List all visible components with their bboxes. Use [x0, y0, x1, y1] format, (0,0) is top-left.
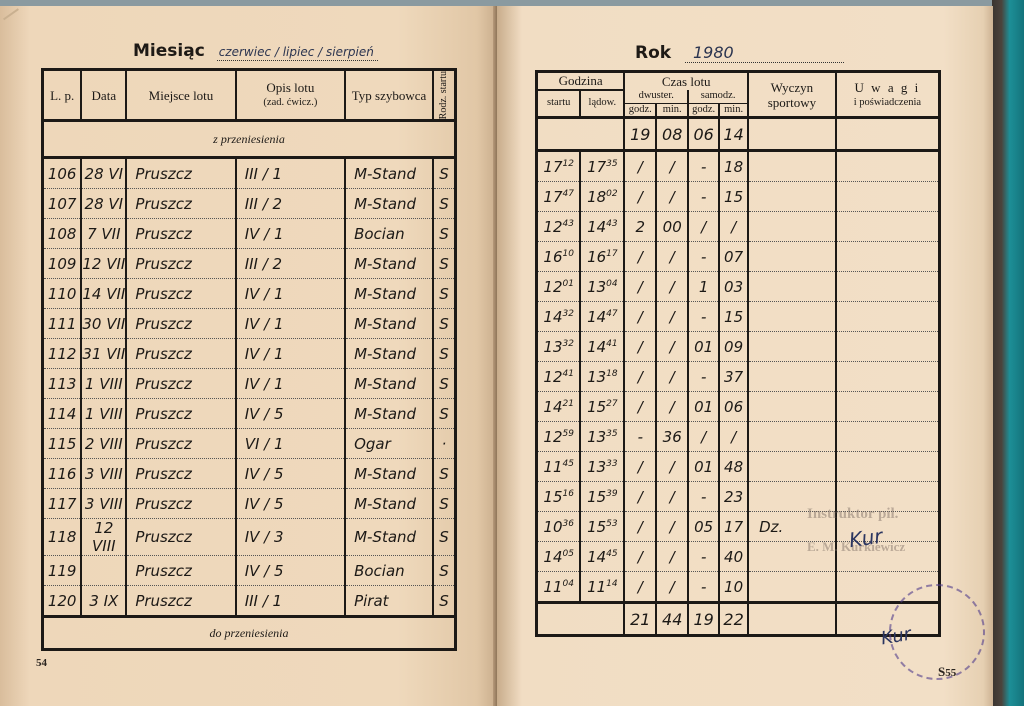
- cell-start-time: 1332: [537, 332, 581, 362]
- cell-start-type: S: [433, 189, 456, 219]
- cell-landing-time-hours: 15: [587, 518, 606, 536]
- cell-start-type: S: [433, 279, 456, 309]
- cell-start-type: S: [433, 556, 456, 586]
- cell-landing-time-minutes: 35: [606, 429, 617, 439]
- cell-start-time-hours: 17: [543, 188, 562, 206]
- table-row: 10628 VIPruszczIII / 1M-StandS: [43, 158, 456, 189]
- cell-solo-minutes: 40: [719, 542, 748, 572]
- table-row: 119PruszczIV / 5BocianS: [43, 556, 456, 586]
- cell-landing-time: 1443: [580, 212, 624, 242]
- col-czas-lotu: Czas lotu: [624, 72, 748, 90]
- cell-lp: 108: [43, 219, 82, 249]
- cell-landing-time: 1447: [580, 302, 624, 332]
- carry-in-dw-godz: 19: [624, 118, 656, 151]
- cell-description: III / 1: [236, 158, 345, 189]
- cell-achievement: [748, 392, 836, 422]
- cell-landing-time: 1445: [580, 542, 624, 572]
- carry-in-sa-min: 14: [719, 118, 748, 151]
- cell-start-time: 1104: [537, 572, 581, 603]
- cell-solo-hours: -: [688, 572, 719, 603]
- cell-dual-minutes: /: [656, 572, 688, 603]
- cell-glider-type: Pirat: [345, 586, 433, 617]
- year-heading: Rok 1980: [635, 43, 844, 63]
- cell-dual-minutes: /: [656, 392, 688, 422]
- cell-remarks: [836, 362, 940, 392]
- book-edge: [992, 0, 1024, 706]
- cell-solo-minutes: /: [719, 212, 748, 242]
- table-row: 17471802//-15: [537, 182, 940, 212]
- cell-glider-type: Bocian: [345, 219, 433, 249]
- cell-remarks: [836, 332, 940, 362]
- cell-place: Pruszcz: [126, 249, 235, 279]
- carry-out-blank: [537, 603, 625, 636]
- cell-achievement: [748, 242, 836, 272]
- cell-start-type: S: [433, 586, 456, 617]
- cell-start-time-hours: 12: [543, 278, 562, 296]
- cell-start-time-hours: 11: [543, 578, 562, 596]
- cell-glider-type: Bocian: [345, 556, 433, 586]
- cell-start-time-minutes: 32: [563, 339, 574, 349]
- cell-lp: 119: [43, 556, 82, 586]
- cell-start-type: S: [433, 489, 456, 519]
- cell-start-time-minutes: 12: [563, 159, 574, 169]
- carry-in-totals-row: 19 08 06 14: [537, 118, 940, 151]
- cell-remarks: [836, 302, 940, 332]
- table-row: 1203 IXPruszczIII / 1PiratS: [43, 586, 456, 617]
- cell-glider-type: M-Stand: [345, 519, 433, 556]
- cell-description: IV / 5: [236, 459, 345, 489]
- cell-date: 28 VI: [81, 189, 126, 219]
- cell-achievement: [748, 332, 836, 362]
- cell-date: 12 VII: [81, 249, 126, 279]
- cell-place: Pruszcz: [126, 158, 235, 189]
- cell-description: IV / 1: [236, 339, 345, 369]
- table-row: 14211527//0106: [537, 392, 940, 422]
- cell-start-time-hours: 13: [543, 338, 562, 356]
- cell-description: IV / 1: [236, 309, 345, 339]
- cell-place: Pruszcz: [126, 556, 235, 586]
- col-ladow: lądow.: [580, 90, 624, 118]
- cell-dual-minutes: /: [656, 362, 688, 392]
- cell-landing-time: 1114: [580, 572, 624, 603]
- cell-place: Pruszcz: [126, 369, 235, 399]
- col-wyczyn: Wyczyn sportowy: [748, 72, 836, 118]
- table-row: 11130 VIIPruszczIV / 1M-StandS: [43, 309, 456, 339]
- cell-start-time-hours: 16: [543, 248, 562, 266]
- cell-description: IV / 1: [236, 369, 345, 399]
- carry-in-sa-godz: 06: [688, 118, 719, 151]
- cell-solo-hours: -: [688, 242, 719, 272]
- cell-landing-time-hours: 11: [587, 578, 606, 596]
- cell-dual-hours: /: [624, 542, 656, 572]
- cell-dual-minutes: /: [656, 302, 688, 332]
- cell-remarks: [836, 422, 940, 452]
- cell-lp: 110: [43, 279, 82, 309]
- cell-solo-minutes: 07: [719, 242, 748, 272]
- cell-start-time-minutes: 47: [563, 189, 574, 199]
- cell-dual-hours: /: [624, 151, 656, 182]
- carry-out-wyczyn: [748, 603, 836, 636]
- cell-dual-minutes: /: [656, 512, 688, 542]
- cell-dual-minutes: /: [656, 182, 688, 212]
- table-row: 10728 VIPruszczIII / 2M-StandS: [43, 189, 456, 219]
- cell-start-time-minutes: 21: [563, 399, 574, 409]
- table-row: 1163 VIIIPruszczIV / 5M-StandS: [43, 459, 456, 489]
- cell-description: IV / 1: [236, 219, 345, 249]
- cell-landing-time-hours: 14: [587, 338, 606, 356]
- cell-landing-time-minutes: 18: [606, 369, 617, 379]
- cell-start-time-hours: 15: [543, 488, 562, 506]
- cell-start-time: 1243: [537, 212, 581, 242]
- cell-start-time: 1610: [537, 242, 581, 272]
- cell-dual-hours: /: [624, 452, 656, 482]
- cell-achievement: [748, 182, 836, 212]
- cell-date: 2 VIII: [81, 429, 126, 459]
- cell-date: 3 IX: [81, 586, 126, 617]
- cell-place: Pruszcz: [126, 429, 235, 459]
- cell-start-time-hours: 10: [543, 518, 562, 536]
- cell-lp: 114: [43, 399, 82, 429]
- cell-landing-time-hours: 14: [587, 548, 606, 566]
- table-row: 12431443200//: [537, 212, 940, 242]
- cell-landing-time-minutes: 14: [606, 579, 617, 589]
- cell-start-time: 1036: [537, 512, 581, 542]
- cell-description: IV / 3: [236, 519, 345, 556]
- cell-dual-hours: /: [624, 242, 656, 272]
- cell-dual-hours: -: [624, 422, 656, 452]
- cell-place: Pruszcz: [126, 459, 235, 489]
- cell-place: Pruszcz: [126, 189, 235, 219]
- cell-glider-type: M-Stand: [345, 279, 433, 309]
- cell-solo-minutes: 03: [719, 272, 748, 302]
- col-opis-sub: (zad. ćwicz.): [237, 95, 344, 110]
- cell-dual-hours: /: [624, 272, 656, 302]
- cell-start-type: S: [433, 249, 456, 279]
- cell-lp: 120: [43, 586, 82, 617]
- cell-date: [81, 556, 126, 586]
- cell-glider-type: M-Stand: [345, 249, 433, 279]
- cell-description: III / 2: [236, 249, 345, 279]
- cell-solo-minutes: 10: [719, 572, 748, 603]
- cell-remarks: [836, 452, 940, 482]
- cell-solo-minutes: 37: [719, 362, 748, 392]
- month-value: czerwiec / lipiec / sierpień: [217, 45, 378, 61]
- instructor-signature: Kur: [847, 524, 883, 552]
- cell-dual-hours: /: [624, 392, 656, 422]
- col-uwagi-label: U w a g i: [837, 80, 938, 95]
- col-rodz-label: Rodz. startu: [438, 71, 450, 119]
- cell-start-time-minutes: 45: [563, 459, 574, 469]
- cell-landing-time-hours: 14: [587, 308, 606, 326]
- cell-glider-type: M-Stand: [345, 158, 433, 189]
- cell-dual-hours: 2: [624, 212, 656, 242]
- cell-solo-minutes: 23: [719, 482, 748, 512]
- cell-landing-time-hours: 13: [587, 458, 606, 476]
- cell-solo-minutes: /: [719, 422, 748, 452]
- carry-out-dw-min: 44: [656, 603, 688, 636]
- cell-achievement: [748, 572, 836, 603]
- col-sa-min: min.: [719, 104, 748, 118]
- carry-in-dw-min: 08: [656, 118, 688, 151]
- cell-start-time: 1201: [537, 272, 581, 302]
- cell-lp: 112: [43, 339, 82, 369]
- cell-solo-minutes: 09: [719, 332, 748, 362]
- month-label: Miesiąc: [133, 41, 205, 61]
- cell-solo-minutes: 15: [719, 302, 748, 332]
- cell-achievement: [748, 272, 836, 302]
- cell-solo-hours: 01: [688, 452, 719, 482]
- cell-start-time-minutes: 04: [563, 579, 574, 589]
- cell-dual-hours: /: [624, 362, 656, 392]
- instructor-stamp-line1: Instruktor pil.: [807, 506, 898, 523]
- cell-landing-time-hours: 13: [587, 278, 606, 296]
- cell-solo-hours: 01: [688, 392, 719, 422]
- cell-start-type: S: [433, 399, 456, 429]
- carry-in-blank: [537, 118, 625, 151]
- table-row: 1152 VIIIPruszczVI / 1Ogar·: [43, 429, 456, 459]
- cell-achievement: [748, 212, 836, 242]
- cell-solo-hours: -: [688, 362, 719, 392]
- cell-glider-type: M-Stand: [345, 189, 433, 219]
- carry-out-dw-godz: 21: [624, 603, 656, 636]
- cell-remarks: [836, 272, 940, 302]
- cell-landing-time: 1735: [580, 151, 624, 182]
- cell-description: IV / 5: [236, 556, 345, 586]
- cell-start-type: S: [433, 309, 456, 339]
- cell-start-time-hours: 12: [543, 218, 562, 236]
- cell-landing-time-hours: 17: [587, 158, 606, 176]
- cell-dual-hours: /: [624, 512, 656, 542]
- cell-start-time-hours: 14: [543, 548, 562, 566]
- cell-solo-hours: -: [688, 182, 719, 212]
- flight-log-left-table: L. p. Data Miejsce lotu Opis lotu (zad. …: [41, 68, 457, 651]
- col-rodz-startu: Rodz. startu: [433, 70, 456, 121]
- cell-landing-time: 1441: [580, 332, 624, 362]
- cell-achievement: [748, 362, 836, 392]
- cell-remarks: [836, 212, 940, 242]
- cell-dual-hours: /: [624, 572, 656, 603]
- cell-landing-time: 1304: [580, 272, 624, 302]
- cell-description: IV / 1: [236, 279, 345, 309]
- cell-landing-time-minutes: 39: [606, 489, 617, 499]
- cell-landing-time: 1318: [580, 362, 624, 392]
- cell-place: Pruszcz: [126, 489, 235, 519]
- cell-glider-type: M-Stand: [345, 459, 433, 489]
- cell-solo-hours: 05: [688, 512, 719, 542]
- cell-landing-time-hours: 16: [587, 248, 606, 266]
- cell-solo-minutes: 15: [719, 182, 748, 212]
- cell-lp: 106: [43, 158, 82, 189]
- cell-landing-time-hours: 15: [587, 398, 606, 416]
- cell-dual-hours: /: [624, 332, 656, 362]
- cell-achievement: [748, 151, 836, 182]
- cell-landing-time-minutes: 35: [606, 159, 617, 169]
- cell-lp: 118: [43, 519, 82, 556]
- cell-start-time-minutes: 41: [563, 369, 574, 379]
- cell-place: Pruszcz: [126, 519, 235, 556]
- page-number-value: 55: [945, 667, 956, 679]
- cell-start-time-minutes: 16: [563, 489, 574, 499]
- cell-start-time: 1432: [537, 302, 581, 332]
- cell-date: 7 VII: [81, 219, 126, 249]
- cell-dual-hours: /: [624, 482, 656, 512]
- cell-landing-time-hours: 13: [587, 368, 606, 386]
- cell-description: IV / 5: [236, 489, 345, 519]
- cell-start-time: 1712: [537, 151, 581, 182]
- table-row: 10912 VIIPruszczIII / 2M-StandS: [43, 249, 456, 279]
- cell-landing-time-minutes: 47: [606, 309, 617, 319]
- cell-place: Pruszcz: [126, 586, 235, 617]
- cell-start-time: 1145: [537, 452, 581, 482]
- col-dw-godz: godz.: [624, 104, 656, 118]
- table-row: 12591335-36//: [537, 422, 940, 452]
- cell-landing-time-minutes: 53: [606, 519, 617, 529]
- cell-place: Pruszcz: [126, 279, 235, 309]
- cell-dual-minutes: /: [656, 151, 688, 182]
- cell-description: IV / 5: [236, 399, 345, 429]
- carry-in-label: z przeniesienia: [43, 121, 456, 158]
- cell-landing-time-hours: 15: [587, 488, 606, 506]
- col-lp: L. p.: [43, 70, 82, 121]
- col-opis-label: Opis lotu: [237, 80, 344, 95]
- cell-glider-type: M-Stand: [345, 399, 433, 429]
- page-number-left: 54: [36, 657, 47, 669]
- cell-dual-minutes: /: [656, 242, 688, 272]
- cell-dual-minutes: /: [656, 332, 688, 362]
- cell-lp: 117: [43, 489, 82, 519]
- cell-solo-hours: 1: [688, 272, 719, 302]
- cell-remarks: [836, 151, 940, 182]
- table-row: 11812 VIIIPruszczIV / 3M-StandS: [43, 519, 456, 556]
- cell-date: 1 VIII: [81, 369, 126, 399]
- table-row: 11451333//0148: [537, 452, 940, 482]
- cell-remarks: [836, 182, 940, 212]
- left-page: Miesiąc czerwiec / lipiec / sierpień L. …: [0, 6, 497, 706]
- page-corner-fold: [3, 8, 27, 31]
- cell-date: 3 VIII: [81, 459, 126, 489]
- cell-landing-time-minutes: 33: [606, 459, 617, 469]
- page-number-right: S55: [938, 664, 956, 680]
- cell-landing-time: 1539: [580, 482, 624, 512]
- cell-start-time: 1241: [537, 362, 581, 392]
- col-opis: Opis lotu (zad. ćwicz.): [236, 70, 345, 121]
- cell-start-time-hours: 17: [543, 158, 562, 176]
- cell-glider-type: Ogar: [345, 429, 433, 459]
- cell-glider-type: M-Stand: [345, 309, 433, 339]
- carry-out-sa-godz: 19: [688, 603, 719, 636]
- cell-start-time: 1747: [537, 182, 581, 212]
- table-row: 11041114//-10: [537, 572, 940, 603]
- cell-glider-type: M-Stand: [345, 489, 433, 519]
- cell-start-type: S: [433, 369, 456, 399]
- cell-start-time-minutes: 10: [563, 249, 574, 259]
- cell-place: Pruszcz: [126, 399, 235, 429]
- cell-date: 14 VII: [81, 279, 126, 309]
- cell-date: 3 VIII: [81, 489, 126, 519]
- table-row: 11014 VIIPruszczIV / 1M-StandS: [43, 279, 456, 309]
- col-miejsce: Miejsce lotu: [126, 70, 235, 121]
- cell-start-time-hours: 11: [543, 458, 562, 476]
- cell-solo-hours: -: [688, 542, 719, 572]
- cell-landing-time-minutes: 27: [606, 399, 617, 409]
- cell-solo-hours: -: [688, 482, 719, 512]
- cell-dual-hours: /: [624, 302, 656, 332]
- cell-start-time-hours: 12: [543, 368, 562, 386]
- cell-start-type: S: [433, 158, 456, 189]
- year-label: Rok: [635, 43, 671, 63]
- cell-landing-time-minutes: 04: [606, 279, 617, 289]
- table-row: 12411318//-37: [537, 362, 940, 392]
- cell-dual-minutes: /: [656, 272, 688, 302]
- year-value: 1980: [685, 43, 844, 63]
- table-row: 1141 VIIIPruszczIV / 5M-StandS: [43, 399, 456, 429]
- cell-start-time-minutes: 32: [563, 309, 574, 319]
- cell-start-type: S: [433, 339, 456, 369]
- cell-lp: 107: [43, 189, 82, 219]
- cell-start-time-minutes: 59: [563, 429, 574, 439]
- cell-date: 28 VI: [81, 158, 126, 189]
- cell-place: Pruszcz: [126, 309, 235, 339]
- cell-description: III / 1: [236, 586, 345, 617]
- col-typ: Typ szybowca: [345, 70, 433, 121]
- cell-date: 1 VIII: [81, 399, 126, 429]
- cell-date: 12 VIII: [81, 519, 126, 556]
- cell-achievement: [748, 452, 836, 482]
- table-row: 13321441//0109: [537, 332, 940, 362]
- cell-start-time-hours: 14: [543, 398, 562, 416]
- col-data: Data: [81, 70, 126, 121]
- cell-landing-time: 1617: [580, 242, 624, 272]
- right-page: Rok 1980 Godzina Czas lotu Wyczyn sporto…: [497, 6, 993, 706]
- cell-achievement: [748, 302, 836, 332]
- cell-glider-type: M-Stand: [345, 339, 433, 369]
- carry-in-wyczyn: [748, 118, 836, 151]
- cell-start-type: ·: [433, 429, 456, 459]
- col-startu: startu: [537, 90, 581, 118]
- cell-solo-minutes: 48: [719, 452, 748, 482]
- cell-landing-time: 1802: [580, 182, 624, 212]
- cell-landing-time-minutes: 43: [606, 219, 617, 229]
- cell-start-time-hours: 12: [543, 428, 562, 446]
- cell-landing-time-minutes: 45: [606, 549, 617, 559]
- cell-start-time-minutes: 36: [563, 519, 574, 529]
- table-row: 1173 VIIIPruszczIV / 5M-StandS: [43, 489, 456, 519]
- table-row: 12011304//103: [537, 272, 940, 302]
- cell-landing-time-minutes: 41: [606, 339, 617, 349]
- col-samodz: samodz.: [688, 90, 748, 104]
- table-row: 1131 VIIIPruszczIV / 1M-StandS: [43, 369, 456, 399]
- cell-lp: 111: [43, 309, 82, 339]
- cell-start-time: 1405: [537, 542, 581, 572]
- cell-landing-time-hours: 18: [587, 188, 606, 206]
- carry-out-label: do przeniesienia: [43, 617, 456, 650]
- cell-solo-hours: /: [688, 212, 719, 242]
- col-uwagi: U w a g i i poświadczenia: [836, 72, 940, 118]
- carry-out-row: do przeniesienia: [43, 617, 456, 650]
- cell-remarks: [836, 392, 940, 422]
- cell-lp: 113: [43, 369, 82, 399]
- cell-start-type: S: [433, 459, 456, 489]
- cell-start-time-minutes: 01: [563, 279, 574, 289]
- cell-start-time-minutes: 05: [563, 549, 574, 559]
- cell-landing-time-minutes: 17: [606, 249, 617, 259]
- cell-remarks: [836, 242, 940, 272]
- cell-start-type: S: [433, 219, 456, 249]
- cell-landing-time-minutes: 02: [606, 189, 617, 199]
- cell-lp: 115: [43, 429, 82, 459]
- cell-date: 30 VII: [81, 309, 126, 339]
- cell-achievement: [748, 422, 836, 452]
